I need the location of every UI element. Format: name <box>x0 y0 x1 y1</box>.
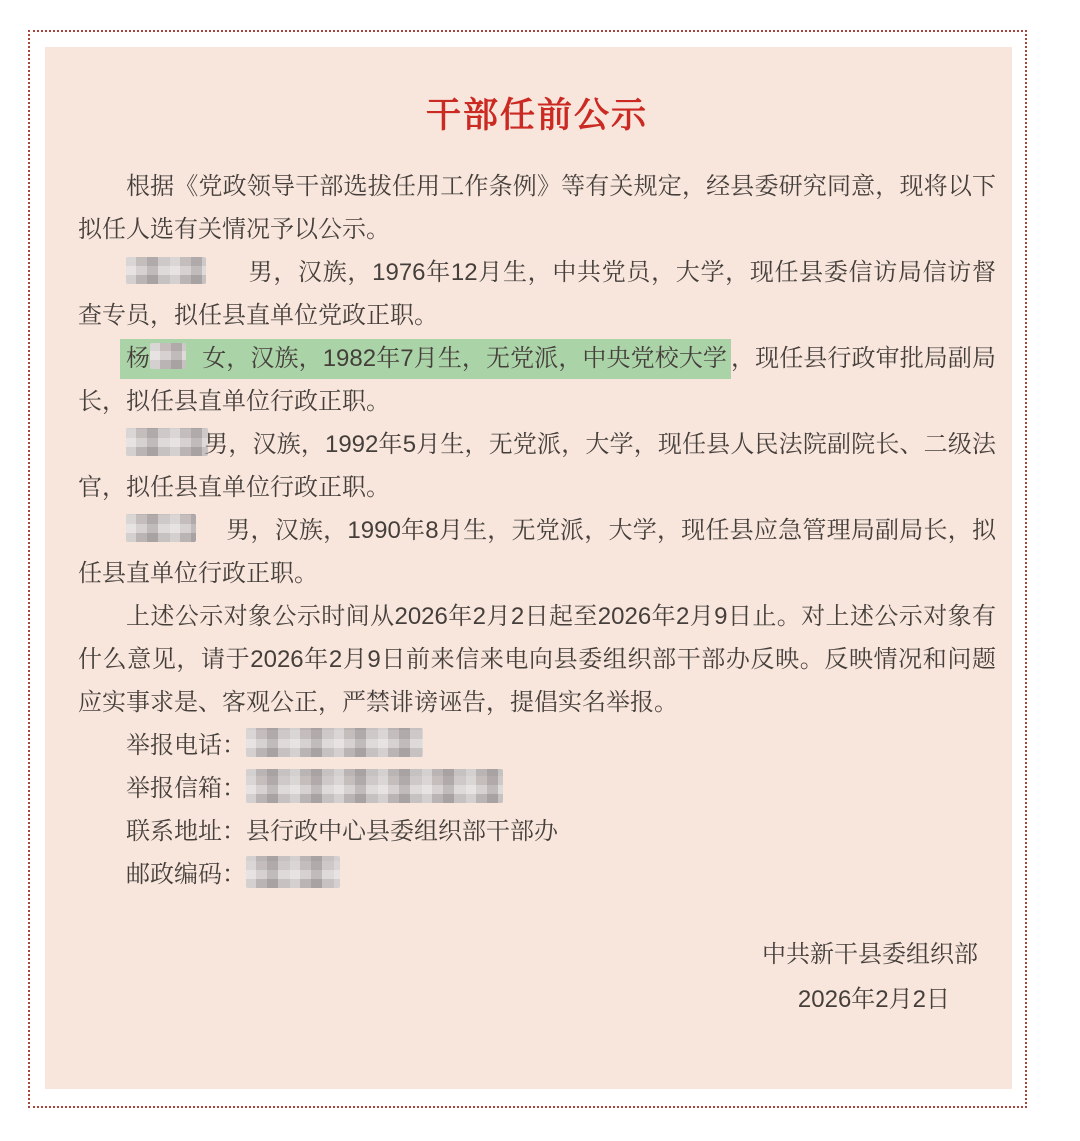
notice-panel: 干部任前公示 根据《党政领导干部选拔任用工作条例》等有关规定，经县委研究同意，现… <box>45 47 1012 1089</box>
mailbox-label: 举报信箱： <box>126 775 246 802</box>
redacted-postcode-block <box>246 856 340 888</box>
candidate-paragraph-2: 杨女，汉族，1982年7月生，无党派，中央党校大学，现任县行政审批局副局长，拟任… <box>78 337 996 423</box>
notice-page: 干部任前公示 根据《党政领导干部选拔任用工作条例》等有关规定，经县委研究同意，现… <box>0 0 1080 1141</box>
contact-row-postcode: 邮政编码： <box>78 853 996 896</box>
highlight-span: 杨女，汉族，1982年7月生，无党派，中央党校大学 <box>120 339 731 379</box>
candidate-3-details: 男，汉族，1992年5月生，无党派，大学，现任县人民法院副院长、二级法官，拟任县… <box>78 431 996 501</box>
candidate-4-details: 男，汉族，1990年8月生，无党派，大学，现任县应急管理局副局长，拟任县直单位行… <box>78 517 996 587</box>
signature-block: 中共新干县委组织部 2026年2月2日 <box>78 932 996 1022</box>
contact-row-phone: 举报电话： <box>78 724 996 767</box>
address-value: 县行政中心县委组织部干部办 <box>246 818 558 845</box>
postcode-label: 邮政编码： <box>126 861 246 888</box>
period-text: 上述公示对象公示时间从2026年2月2日起至2026年2月9日止。对上述公示对象… <box>78 603 996 716</box>
intro-text: 根据《党政领导干部选拔任用工作条例》等有关规定，经县委研究同意，现将以下拟任人选… <box>78 173 996 243</box>
candidate-paragraph-4: 男，汉族，1990年8月生，无党派，大学，现任县应急管理局副局长，拟任县直单位行… <box>78 509 996 595</box>
page-title: 干部任前公示 <box>78 95 996 137</box>
candidate-paragraph-3: 男，汉族，1992年5月生，无党派，大学，现任县人民法院副院长、二级法官，拟任县… <box>78 423 996 509</box>
candidate-paragraph-1: 男，汉族，1976年12月生，中共党员，大学，现任县委信访局信访督查专员，拟任县… <box>78 251 996 337</box>
issue-date: 2026年2月2日 <box>78 977 996 1022</box>
redacted-name-block <box>126 514 196 542</box>
candidate-2-highlighted-text: 女，汉族，1982年7月生，无党派，中央党校大学 <box>202 345 727 372</box>
dotted-border-frame: 干部任前公示 根据《党政领导干部选拔任用工作条例》等有关规定，经县委研究同意，现… <box>28 30 1027 1108</box>
contact-row-address: 联系地址：县行政中心县委组织部干部办 <box>78 810 996 853</box>
phone-label: 举报电话： <box>126 732 246 759</box>
candidate-1-details: 男，汉族，1976年12月生，中共党员，大学，现任县委信访局信访督查专员，拟任县… <box>78 259 996 329</box>
issuing-organization: 中共新干县委组织部 <box>78 932 996 977</box>
address-label: 联系地址： <box>126 818 246 845</box>
redacted-name-block <box>126 257 206 284</box>
redacted-name-block <box>150 343 186 369</box>
redacted-phone-block <box>246 728 423 757</box>
period-paragraph: 上述公示对象公示时间从2026年2月2日起至2026年2月9日止。对上述公示对象… <box>78 595 996 724</box>
contact-row-mailbox: 举报信箱： <box>78 767 996 810</box>
candidate-2-surname: 杨 <box>126 345 150 372</box>
intro-paragraph: 根据《党政领导干部选拔任用工作条例》等有关规定，经县委研究同意，现将以下拟任人选… <box>78 165 996 251</box>
redacted-name-block <box>126 428 208 456</box>
redacted-mailbox-block <box>246 769 503 803</box>
